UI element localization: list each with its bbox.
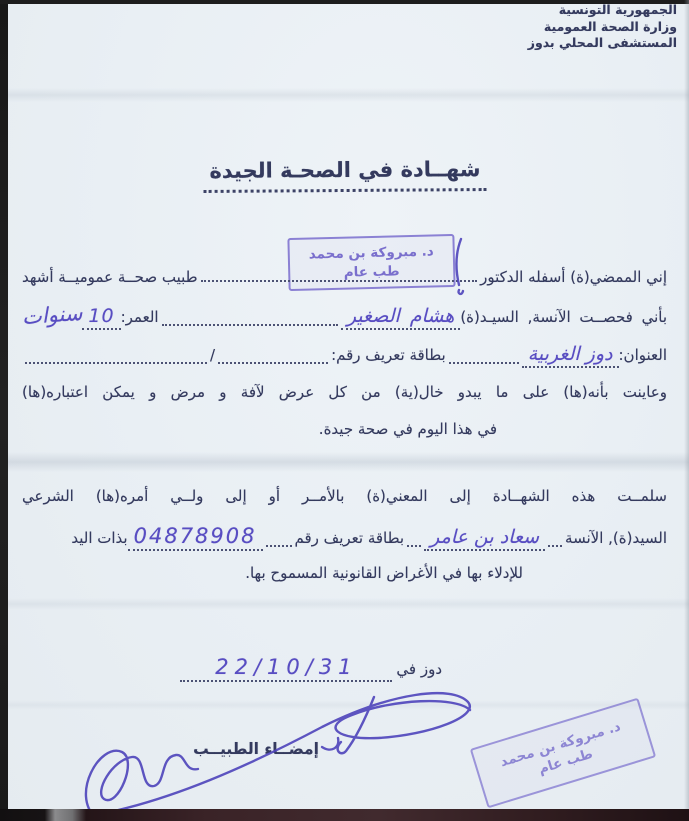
body-line-7: السيد(ة), الآنسة سعاد بن عامر بطاقة تعري… — [22, 524, 667, 551]
body-line-3: العنوان: دوز الغربية بطاقة تعريف رقم: / — [22, 343, 667, 368]
by-hand-text: بذات اليد — [71, 529, 127, 547]
doctor-signature-label: إمضــاء الطبيــب — [165, 740, 347, 758]
line1-text-left: طبيب صحــة عموميــة أشهد — [22, 268, 198, 286]
stamp-doctor-name: د. مبروكة بن محمد — [309, 243, 434, 264]
scan-border-bottom — [0, 809, 689, 821]
letterhead-hospital: المستشفى المحلي بدوز — [528, 35, 677, 52]
date-line: دوز في 22/10/31 — [180, 655, 442, 682]
dotted-leader — [449, 362, 519, 364]
body-line-6: سلمــت هذه الشهــادة إلى المعني(ة) بالأم… — [22, 487, 667, 505]
dotted-leader — [218, 362, 328, 364]
body-line-1: إني الممضي(ة) أسفله الدكتور طبيب صحــة ع… — [22, 268, 667, 286]
paper-crease — [0, 88, 689, 102]
line1-text-right: إني الممضي(ة) أسفله الدكتور — [480, 268, 667, 286]
paper-crease — [0, 598, 689, 610]
body-line-4: وعاينت بأنه(ها) على ما يبدو خال(ية) من ك… — [22, 383, 667, 401]
years-handwritten: سنوات — [21, 301, 83, 329]
handwritten-signature — [0, 0, 689, 821]
doctor-stamp-lower: د. مبروكة بن محمد طب عام — [470, 698, 656, 809]
scan-border-left — [0, 0, 8, 821]
body-line-5: في هذا اليوم في صحة جيدة. — [319, 420, 497, 438]
examined-name-handwritten: هشام الصغير — [341, 305, 461, 330]
dotted-leader — [25, 362, 207, 364]
scan-border-top — [0, 0, 689, 4]
paper-crease — [0, 700, 689, 710]
dotted-leader — [548, 545, 562, 547]
dotted-leader — [162, 324, 338, 326]
address-handwritten: دوز الغربية — [522, 343, 619, 368]
age-handwritten: 10 — [82, 305, 120, 330]
id-card-label-2: بطاقة تعريف رقم — [295, 529, 405, 547]
certificate-title: شهــادة في الصحـة الجيدة — [203, 157, 486, 193]
recipient-label: السيد(ة), الآنسة — [565, 529, 667, 547]
place-date-label: دوز في — [396, 660, 442, 678]
scanned-certificate-page: الجمهورية التونسية وزارة الصحة العمومية … — [0, 0, 689, 821]
line8-text: للإدلاء بها في الأغراض القانونية المسموح… — [245, 564, 523, 582]
id-slash: / — [210, 346, 215, 364]
body-line-2: بأني فحصــت الآنسة, السيـد(ة) هشام الصغي… — [22, 303, 667, 330]
line2-text: بأني فحصــت الآنسة, السيـد(ة) — [460, 308, 667, 326]
scan-border-right — [684, 0, 689, 821]
dotted-leader — [266, 545, 292, 547]
letterhead-republic: الجمهورية التونسية — [528, 2, 677, 19]
date-handwritten: 22/10/31 — [180, 655, 392, 682]
recipient-name-handwritten: سعاد بن عامر — [424, 526, 545, 551]
dotted-leader — [407, 545, 421, 547]
id-card-label: بطاقة تعريف رقم: — [331, 346, 446, 364]
id-number-handwritten: 04878908 — [128, 524, 263, 551]
dotted-leader — [201, 280, 478, 282]
letterhead-ministry: وزارة الصحة العمومية — [528, 19, 677, 36]
letterhead: الجمهورية التونسية وزارة الصحة العمومية … — [528, 2, 677, 52]
paper-crease — [0, 452, 689, 472]
age-label: العمر: — [121, 308, 159, 326]
line5-text: في هذا اليوم في صحة جيدة. — [319, 420, 497, 438]
body-line-8: للإدلاء بها في الأغراض القانونية المسموح… — [245, 564, 523, 582]
address-label: العنوان: — [619, 346, 668, 364]
